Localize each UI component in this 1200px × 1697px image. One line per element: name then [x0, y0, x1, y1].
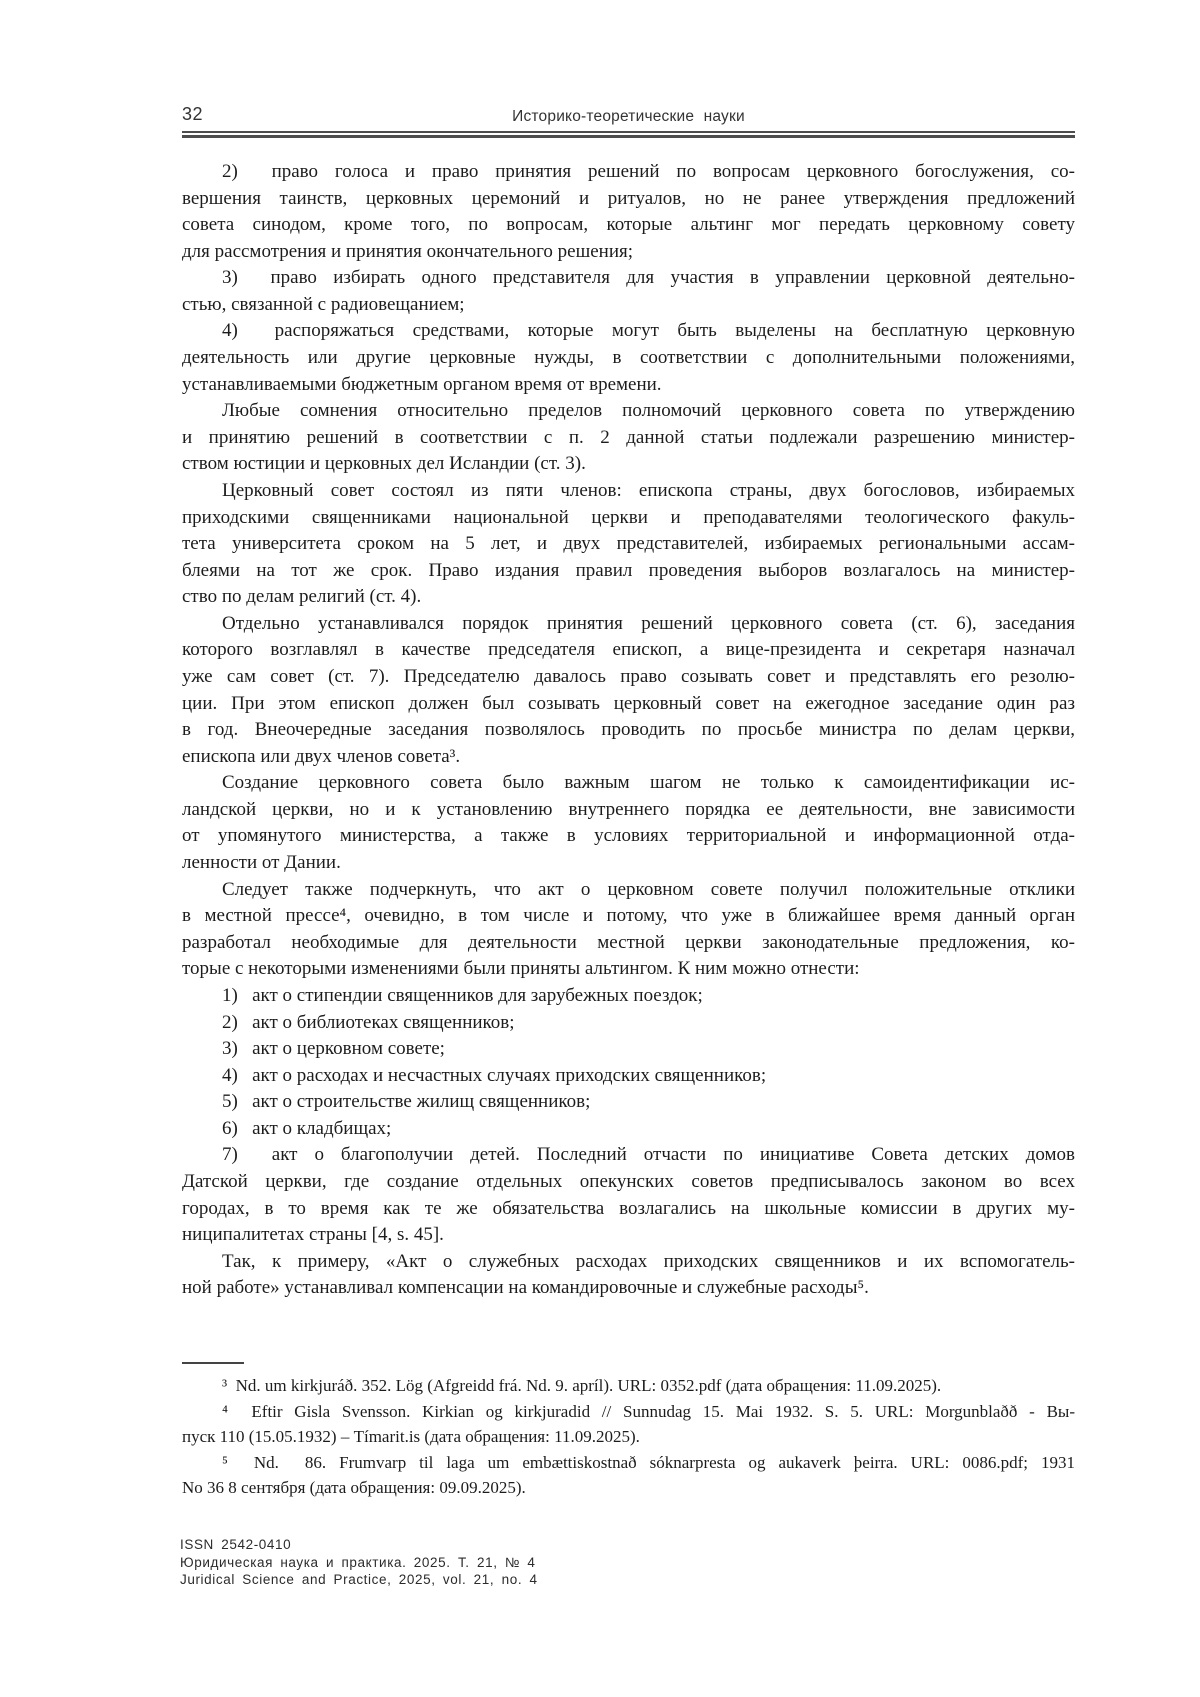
- body-text-line: для рассмотрения и принятия окончательно…: [182, 239, 1075, 266]
- footnote-separator: [182, 1362, 244, 1364]
- body-text-line: 7) акт о благополучии детей. Последний о…: [182, 1142, 1075, 1169]
- body-text-line: устанавливаемыми бюджетным органом время…: [182, 372, 1075, 399]
- body-text-line: в местной прессе⁴, очевидно, в том числе…: [182, 903, 1075, 930]
- body-text-line: Церковный совет состоял из пяти членов: …: [182, 478, 1075, 505]
- footnotes: ³ Nd. um kirkjuráð. 352. Lög (Afgreidd f…: [182, 1373, 1075, 1501]
- body-text-line: деятельность или другие церковные нужды,…: [182, 345, 1075, 372]
- page-footer: ISSN 2542-0410 Юридическая наука и практ…: [180, 1536, 538, 1589]
- body-text-line: Отдельно устанавливался порядок принятия…: [182, 611, 1075, 638]
- body-text-line: разработал необходимые для деятельности …: [182, 930, 1075, 957]
- body-text-line: Так, к примеру, «Акт о служебных расхода…: [182, 1249, 1075, 1276]
- body-text-line: 2) акт о библиотеках священников;: [182, 1010, 1075, 1037]
- body-text-line: ной работе» устанавливал компенсации на …: [182, 1275, 1075, 1302]
- article-body: 2) право голоса и право принятия решений…: [182, 159, 1075, 1302]
- body-text-line: 3) право избирать одного представителя д…: [182, 265, 1075, 292]
- body-text-line: торые с некоторыми изменениями были прин…: [182, 956, 1075, 983]
- body-text-line: уже сам совет (ст. 7). Председателю дава…: [182, 664, 1075, 691]
- page-header: 32 Историко-теоретические науки: [182, 104, 1075, 130]
- footnote-line: No 36 8 сентября (дата обращения: 09.09.…: [182, 1475, 1075, 1501]
- body-text-line: стью, связанной с радиовещанием;: [182, 292, 1075, 319]
- footnote-line: ⁴ Eftir Gisla Svensson. Kirkian og kirkj…: [182, 1399, 1075, 1425]
- footnote-line: пуск 110 (15.05.1932) – Tímarit.is (дата…: [182, 1424, 1075, 1450]
- body-text-line: Создание церковного совета было важным ш…: [182, 770, 1075, 797]
- body-text-line: от упомянутого министерства, а также в у…: [182, 823, 1075, 850]
- body-text-line: 2) право голоса и право принятия решений…: [182, 159, 1075, 186]
- header-rule: [182, 131, 1075, 138]
- running-title: Историко-теоретические науки: [182, 108, 1075, 126]
- body-text-line: 3) акт о церковном совете;: [182, 1036, 1075, 1063]
- body-text-line: ниципалитетах страны [4, s. 45].: [182, 1222, 1075, 1249]
- body-text-line: тета университета сроком на 5 лет, и дву…: [182, 531, 1075, 558]
- footer-issn: ISSN 2542-0410: [180, 1536, 538, 1554]
- body-text-line: 6) акт о кладбищах;: [182, 1116, 1075, 1143]
- body-text-line: и принятию решений в соответствии с п. 2…: [182, 425, 1075, 452]
- body-text-line: ством юстиции и церковных дел Исландии (…: [182, 451, 1075, 478]
- footer-journal-title-en: Juridical Science and Practice, 2025, vo…: [180, 1571, 538, 1589]
- header-rule-bottom-line: [182, 135, 1075, 138]
- body-text-line: в год. Внеочередные заседания позволялос…: [182, 717, 1075, 744]
- body-text-line: которого возглавлял в качестве председат…: [182, 637, 1075, 664]
- body-text-line: блеями на тот же срок. Право издания пра…: [182, 558, 1075, 585]
- body-text-line: ство по делам религий (ст. 4).: [182, 584, 1075, 611]
- body-text-line: совета синодом, кроме того, по вопросам,…: [182, 212, 1075, 239]
- body-text-line: Любые сомнения относительно пределов пол…: [182, 398, 1075, 425]
- body-text-line: приходскими священниками национальной це…: [182, 505, 1075, 532]
- body-text-line: 5) акт о строительстве жилищ священников…: [182, 1089, 1075, 1116]
- body-text-line: 4) акт о расходах и несчастных случаях п…: [182, 1063, 1075, 1090]
- body-text-line: ции. При этом епископ должен был созыват…: [182, 691, 1075, 718]
- body-text-line: вершения таинств, церковных церемоний и …: [182, 186, 1075, 213]
- footnote-line: ⁵ Nd. 86. Frumvarp til laga um embættisk…: [182, 1450, 1075, 1476]
- footer-journal-title-ru: Юридическая наука и практика. 2025. Т. 2…: [180, 1554, 538, 1572]
- footnote-line: ³ Nd. um kirkjuráð. 352. Lög (Afgreidd f…: [182, 1373, 1075, 1399]
- body-text-line: 1) акт о стипендии священников для заруб…: [182, 983, 1075, 1010]
- body-text-line: ландской церкви, но и к установлению вну…: [182, 797, 1075, 824]
- body-text-line: епископа или двух членов совета³.: [182, 744, 1075, 771]
- body-text-line: 4) распоряжаться средствами, которые мог…: [182, 318, 1075, 345]
- body-text-line: Следует также подчеркнуть, что акт о цер…: [182, 877, 1075, 904]
- body-text-line: Датской церкви, где создание отдельных о…: [182, 1169, 1075, 1196]
- body-text-line: ленности от Дании.: [182, 850, 1075, 877]
- journal-page: 32 Историко-теоретические науки 2) право…: [0, 0, 1200, 1697]
- body-text-line: городах, в то время как те же обязательс…: [182, 1196, 1075, 1223]
